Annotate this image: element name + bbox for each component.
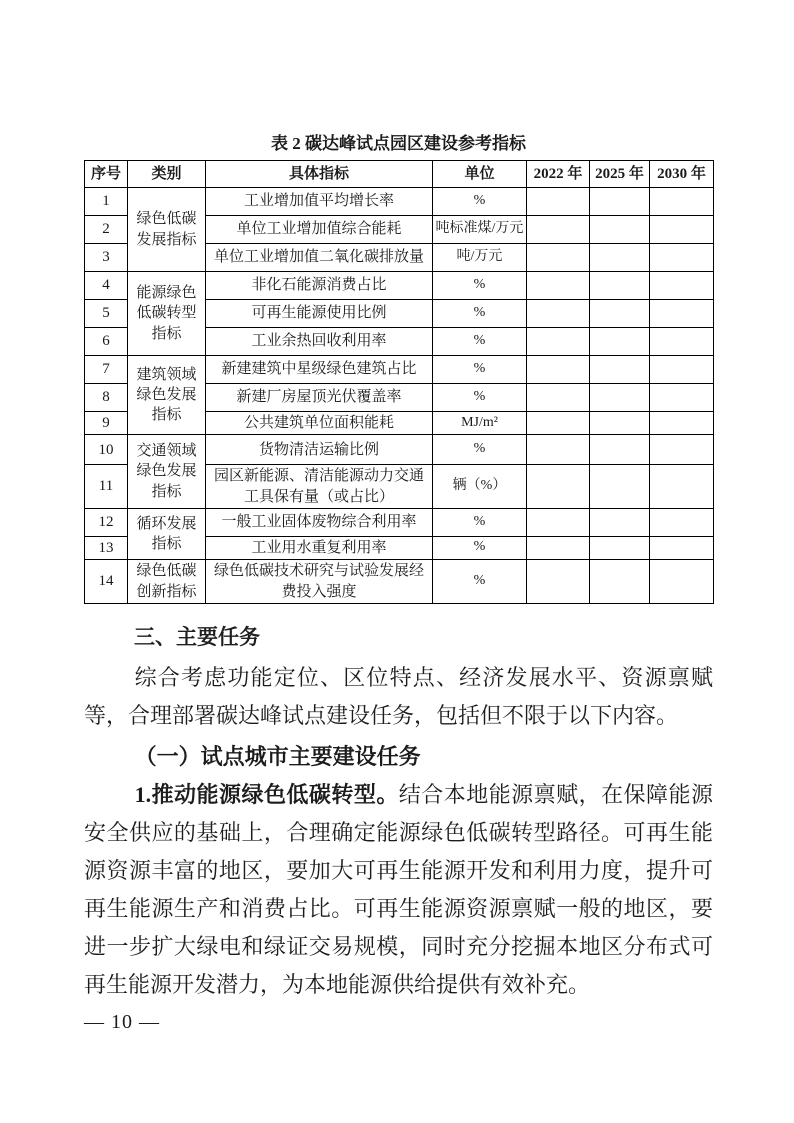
col-header-indicator: 具体指标 (206, 161, 433, 188)
indicator-cell: 工业增加值平均增长率 (206, 188, 433, 216)
paragraph-task-1: 1.推动能源绿色低碳转型。结合本地能源禀赋，在保障能源安全供应的基础上，合理确定… (84, 776, 713, 1004)
year-cell-2030 (650, 435, 714, 465)
year-cell-2025 (590, 216, 650, 244)
subsection-heading: （一）试点城市主要建设任务 (84, 738, 713, 776)
category-cell: 循环发展指标 (128, 508, 206, 559)
col-header-category: 类别 (128, 161, 206, 188)
year-cell-2025 (590, 188, 650, 216)
row-no: 10 (85, 435, 128, 465)
indicator-cell: 工业余热回收利用率 (206, 328, 433, 356)
year-cell-2030 (650, 536, 714, 559)
category-cell: 能源绿色低碳转型指标 (128, 272, 206, 356)
page-content: 表 2 碳达峰试点园区建设参考指标 序号 类别 具体指标 单位 2022 年 2… (0, 0, 794, 1035)
indicator-table: 序号 类别 具体指标 单位 2022 年 2025 年 2030 年 1 绿色低… (84, 160, 714, 604)
col-header-2022: 2022 年 (527, 161, 590, 188)
paragraph-intro: 综合考虑功能定位、区位特点、经济发展水平、资源禀赋等，合理部署碳达峰试点建设任务… (84, 659, 713, 735)
unit-cell: % (433, 435, 527, 465)
year-cell-2030 (650, 272, 714, 300)
indicator-cell: 工业用水重复利用率 (206, 536, 433, 559)
year-cell-2030 (650, 508, 714, 536)
year-cell-2030 (650, 300, 714, 328)
year-cell-2025 (590, 508, 650, 536)
year-cell-2025 (590, 435, 650, 465)
table-row: 14 绿色低碳创新指标 绿色低碳技术研究与试验发展经费投入强度 % (85, 560, 714, 604)
year-cell-2022 (527, 508, 590, 536)
row-no: 13 (85, 536, 128, 559)
table-row: 1 绿色低碳发展指标 工业增加值平均增长率 % (85, 188, 714, 216)
unit-cell: 辆（%） (433, 465, 527, 509)
year-cell-2030 (650, 188, 714, 216)
year-cell-2022 (527, 465, 590, 509)
row-no: 3 (85, 244, 128, 272)
task-lead-text: 1.推动能源绿色低碳转型。 (135, 782, 399, 807)
indicator-cell: 新建厂房屋顶光伏覆盖率 (206, 384, 433, 412)
category-cell: 建筑领域绿色发展指标 (128, 356, 206, 435)
indicator-cell: 单位工业增加值二氧化碳排放量 (206, 244, 433, 272)
row-no: 8 (85, 384, 128, 412)
unit-cell: MJ/m² (433, 412, 527, 435)
year-cell-2030 (650, 328, 714, 356)
category-cell: 交通领域绿色发展指标 (128, 435, 206, 509)
table-row: 4 能源绿色低碳转型指标 非化石能源消费占比 % (85, 272, 714, 300)
indicator-cell: 园区新能源、清洁能源动力交通工具保有量（或占比） (206, 465, 433, 509)
document-page: 表 2 碳达峰试点园区建设参考指标 序号 类别 具体指标 单位 2022 年 2… (0, 0, 794, 1123)
task-body-text: 结合本地能源禀赋，在保障能源安全供应的基础上，合理确定能源绿色低碳转型路径。可再… (84, 782, 713, 997)
year-cell-2025 (590, 465, 650, 509)
year-cell-2030 (650, 560, 714, 604)
table-row: 12 循环发展指标 一般工业固体废物综合利用率 % (85, 508, 714, 536)
unit-cell: % (433, 188, 527, 216)
row-no: 5 (85, 300, 128, 328)
year-cell-2022 (527, 435, 590, 465)
row-no: 12 (85, 508, 128, 536)
row-no: 2 (85, 216, 128, 244)
unit-cell: % (433, 508, 527, 536)
year-cell-2030 (650, 244, 714, 272)
table-row: 10 交通领域绿色发展指标 货物清洁运输比例 % (85, 435, 714, 465)
category-cell: 绿色低碳发展指标 (128, 188, 206, 272)
year-cell-2022 (527, 536, 590, 559)
year-cell-2030 (650, 356, 714, 384)
year-cell-2025 (590, 560, 650, 604)
col-header-2025: 2025 年 (590, 161, 650, 188)
unit-cell: 吨标准煤/万元 (433, 216, 527, 244)
unit-cell: % (433, 272, 527, 300)
col-header-2030: 2030 年 (650, 161, 714, 188)
row-no: 7 (85, 356, 128, 384)
indicator-cell: 一般工业固体废物综合利用率 (206, 508, 433, 536)
indicator-cell: 新建建筑中星级绿色建筑占比 (206, 356, 433, 384)
year-cell-2022 (527, 384, 590, 412)
unit-cell: % (433, 536, 527, 559)
row-no: 14 (85, 560, 128, 604)
year-cell-2022 (527, 560, 590, 604)
unit-cell: % (433, 384, 527, 412)
year-cell-2022 (527, 356, 590, 384)
year-cell-2030 (650, 384, 714, 412)
year-cell-2025 (590, 356, 650, 384)
year-cell-2025 (590, 244, 650, 272)
year-cell-2022 (527, 412, 590, 435)
col-header-unit: 单位 (433, 161, 527, 188)
unit-cell: % (433, 356, 527, 384)
year-cell-2025 (590, 412, 650, 435)
year-cell-2022 (527, 272, 590, 300)
indicator-cell: 单位工业增加值综合能耗 (206, 216, 433, 244)
unit-cell: % (433, 560, 527, 604)
unit-cell: % (433, 328, 527, 356)
year-cell-2025 (590, 272, 650, 300)
year-cell-2030 (650, 412, 714, 435)
section-heading: 三、主要任务 (84, 623, 713, 653)
row-no: 4 (85, 272, 128, 300)
year-cell-2022 (527, 244, 590, 272)
row-no: 6 (85, 328, 128, 356)
table-caption: 表 2 碳达峰试点园区建设参考指标 (84, 131, 713, 157)
page-number: — 10 — (84, 1009, 713, 1035)
table-header-row: 序号 类别 具体指标 单位 2022 年 2025 年 2030 年 (85, 161, 714, 188)
year-cell-2025 (590, 384, 650, 412)
unit-cell: 吨/万元 (433, 244, 527, 272)
table-row: 7 建筑领域绿色发展指标 新建建筑中星级绿色建筑占比 % (85, 356, 714, 384)
year-cell-2030 (650, 465, 714, 509)
col-header-no: 序号 (85, 161, 128, 188)
year-cell-2030 (650, 216, 714, 244)
year-cell-2025 (590, 328, 650, 356)
indicator-cell: 非化石能源消费占比 (206, 272, 433, 300)
year-cell-2022 (527, 328, 590, 356)
row-no: 11 (85, 465, 128, 509)
indicator-cell: 公共建筑单位面积能耗 (206, 412, 433, 435)
indicator-cell: 可再生能源使用比例 (206, 300, 433, 328)
year-cell-2022 (527, 216, 590, 244)
year-cell-2025 (590, 536, 650, 559)
year-cell-2022 (527, 300, 590, 328)
indicator-cell: 货物清洁运输比例 (206, 435, 433, 465)
category-cell: 绿色低碳创新指标 (128, 560, 206, 604)
year-cell-2025 (590, 300, 650, 328)
unit-cell: % (433, 300, 527, 328)
row-no: 9 (85, 412, 128, 435)
indicator-cell: 绿色低碳技术研究与试验发展经费投入强度 (206, 560, 433, 604)
year-cell-2022 (527, 188, 590, 216)
row-no: 1 (85, 188, 128, 216)
